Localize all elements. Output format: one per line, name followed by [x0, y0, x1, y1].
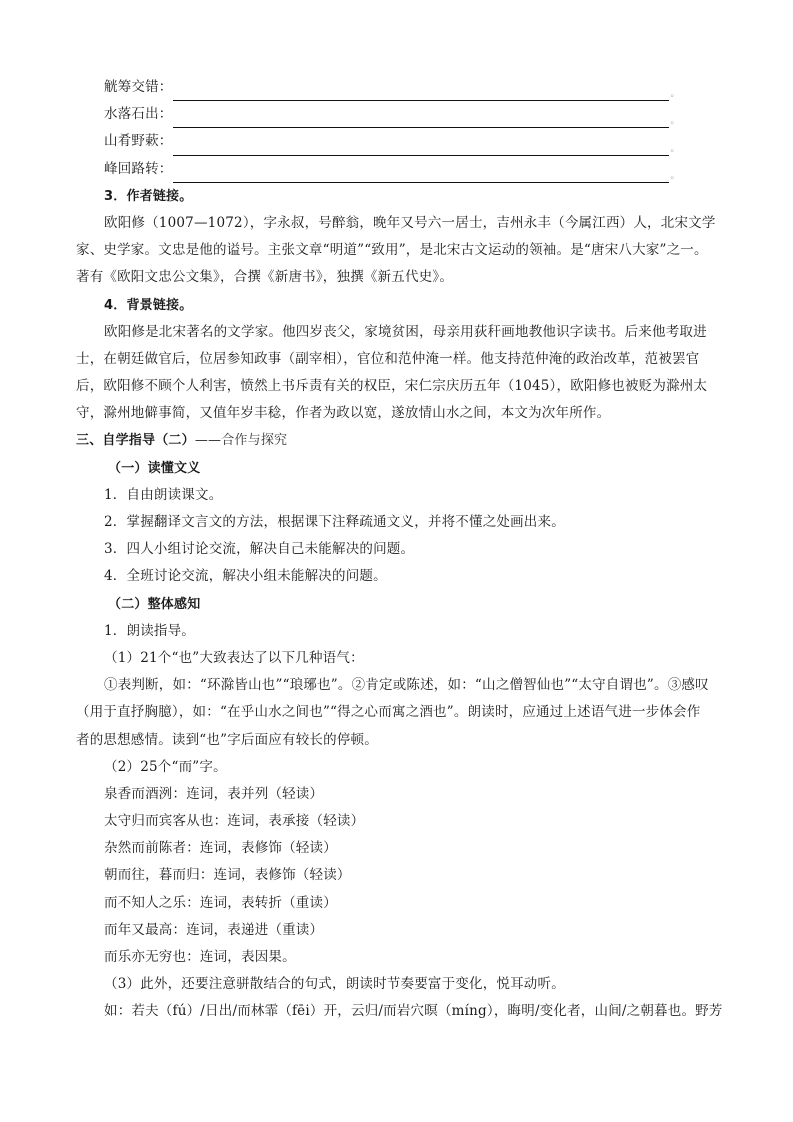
- blank-end-mark: 。: [671, 87, 680, 101]
- paragraph-line: ①表判断，如：“环滁皆山也”“琅琊也”。②肯定或陈述，如：“山之僧智仙也”“太守…: [76, 672, 716, 699]
- document-page: 觥筹交错： 。 水落石出： 。 山肴野蔌： 。 峰回路转： 。 3．作者链接。 …: [76, 74, 716, 1026]
- answer-blank[interactable]: [173, 112, 669, 128]
- subsection-heading-read: （一）读懂文义: [76, 455, 716, 482]
- blank-label: 山肴野蔌：: [104, 128, 173, 155]
- list-item: 1．朗读指导。: [76, 618, 716, 645]
- fill-blank-row: 水落石出： 。: [76, 101, 716, 128]
- paragraph-line: 士，在朝廷做官后，位居参知政事（副宰相），官位和范仲淹一样。他支持范仲淹的政治改…: [76, 346, 716, 373]
- list-item: 1．自由朗读课文。: [76, 482, 716, 509]
- paragraph-line: 著有《欧阳文忠公文集》，合撰《新唐书》，独撰《新五代史》。: [76, 264, 716, 291]
- example-line: 朝而往，暮而归：连词，表修饰（轻读）: [76, 862, 716, 889]
- blank-label: 水落石出：: [104, 101, 173, 128]
- example-line: 杂然而前陈者：连词，表修饰（轻读）: [76, 835, 716, 862]
- part-heading-main: 三、自学指导（二）: [76, 433, 195, 448]
- fill-blank-row: 觥筹交错： 。: [76, 74, 716, 101]
- answer-blank[interactable]: [173, 140, 669, 156]
- blank-end-mark: 。: [671, 142, 680, 156]
- blank-label: 峰回路转：: [104, 156, 173, 183]
- example-line: 泉香而酒洌：连词，表并列（轻读）: [76, 781, 716, 808]
- example-line: 而年又最高：连词，表递进（重读）: [76, 917, 716, 944]
- paragraph-line: （用于直抒胸臆），如：“在乎山水之间也”“得之心而寓之酒也”。朗读时，应通过上述…: [76, 699, 716, 726]
- paragraph-line: 后，欧阳修不顾个人利害，愤然上书斥责有关的权臣，宋仁宗庆历五年（1045），欧阳…: [76, 373, 716, 400]
- point-title: （1）21个“也”大致表达了以下几种语气：: [76, 645, 716, 672]
- list-item: 2．掌握翻译文言文的方法，根据课下注释疏通文义，并将不懂之处画出来。: [76, 509, 716, 536]
- answer-blank[interactable]: [173, 167, 669, 183]
- example-line: 太守归而宾客从也：连词，表承接（轻读）: [76, 808, 716, 835]
- blank-label: 觥筹交错：: [104, 74, 173, 101]
- point-title: （2）25个“而”字。: [76, 754, 716, 781]
- section-heading-background: 4．背景链接。: [76, 292, 716, 319]
- section-heading-author: 3．作者链接。: [76, 183, 716, 210]
- fill-blank-row: 峰回路转： 。: [76, 156, 716, 183]
- answer-blank[interactable]: [173, 85, 669, 101]
- list-item: 3．四人小组讨论交流，解决自己未能解决的问题。: [76, 536, 716, 563]
- paragraph-line: 欧阳修是北宋著名的文学家。他四岁丧父，家境贫困，母亲用荻秆画地教他识字读书。后来…: [76, 319, 716, 346]
- example-line: 而乐亦无穷也：连词，表因果。: [76, 944, 716, 971]
- part-heading-sub: ——合作与探究: [195, 433, 287, 448]
- blank-end-mark: 。: [671, 169, 680, 183]
- point-title: （3）此外，还要注意骈散结合的句式，朗读时节奏要富于变化，悦耳动听。: [76, 971, 716, 998]
- paragraph-line: 欧阳修（1007—1072），字永叔，号醉翁，晚年又号六一居士，吉州永丰（今属江…: [76, 210, 716, 237]
- example-line: 而不知人之乐：连词，表转折（重读）: [76, 890, 716, 917]
- paragraph-line: 守，滁州地僻事简，又值年岁丰稔，作者为政以宽，遂放情山水之间，本文为次年所作。: [76, 400, 716, 427]
- paragraph-line: 者的思想感情。读到“也”字后面应有较长的停顿。: [76, 727, 716, 754]
- example-line: 如：若夫（fú）/日出/而林霏（fēi）开，云归/而岩穴暝（míng），晦明/变…: [76, 998, 716, 1025]
- paragraph-line: 家、史学家。文忠是他的谥号。主张文章“明道”“致用”，是北宋古文运动的领袖。是“…: [76, 237, 716, 264]
- part-heading: 三、自学指导（二）——合作与探究: [76, 427, 716, 454]
- list-item: 4．全班讨论交流，解决小组未能解决的问题。: [76, 563, 716, 590]
- subsection-heading-perceive: （二）整体感知: [76, 591, 716, 618]
- blank-end-mark: 。: [671, 114, 680, 128]
- fill-blank-row: 山肴野蔌： 。: [76, 128, 716, 155]
